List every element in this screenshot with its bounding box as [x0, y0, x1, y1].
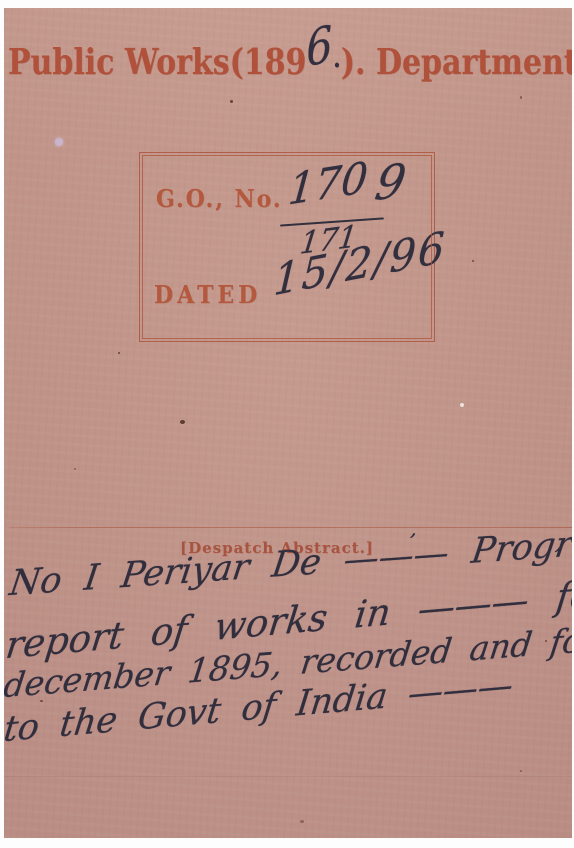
- paper-crease: [4, 776, 572, 777]
- page-title: Public Works (1896.) . Department.: [8, 28, 568, 86]
- handwritten-go-number-flourish: 9: [371, 153, 410, 211]
- paper-speck: [118, 352, 120, 354]
- paper-speck: [472, 260, 474, 262]
- paper-speck: [460, 403, 464, 407]
- ink-dot: .: [333, 43, 341, 74]
- paper-speck: [300, 820, 304, 823]
- header-paren-open: (189: [230, 42, 307, 83]
- header-right-group: . Department.: [355, 42, 572, 83]
- header-separator-dot: .: [355, 42, 365, 83]
- paper-speck: [180, 420, 185, 424]
- dated-label: DATED: [154, 281, 261, 310]
- header-left-text: Public Works: [8, 42, 230, 83]
- go-number-box: G.O., No. 170 9 171 DATED 15/2/96: [139, 152, 435, 342]
- header-year-group: (1896.): [230, 28, 355, 86]
- paper-speck: [520, 770, 522, 772]
- paper-speck: [55, 138, 63, 146]
- handwritten-date: 15/2/96: [272, 222, 447, 306]
- paper-speck: [40, 700, 43, 702]
- paper-speck: [520, 96, 522, 99]
- go-number-label: G.O., No.: [156, 185, 283, 214]
- paper-speck: [230, 100, 233, 103]
- section-divider-rule: [9, 527, 572, 528]
- scanned-paper-sheet: Public Works (1896.) . Department. G.O.,…: [4, 8, 572, 838]
- handwritten-year-digit: 6: [306, 14, 334, 78]
- paper-speck: [74, 468, 76, 470]
- header-paren-close: ): [341, 42, 355, 83]
- paper-speck: [545, 640, 547, 642]
- header-right-text: Department.: [376, 42, 572, 83]
- handwritten-go-number: 170: [286, 152, 370, 215]
